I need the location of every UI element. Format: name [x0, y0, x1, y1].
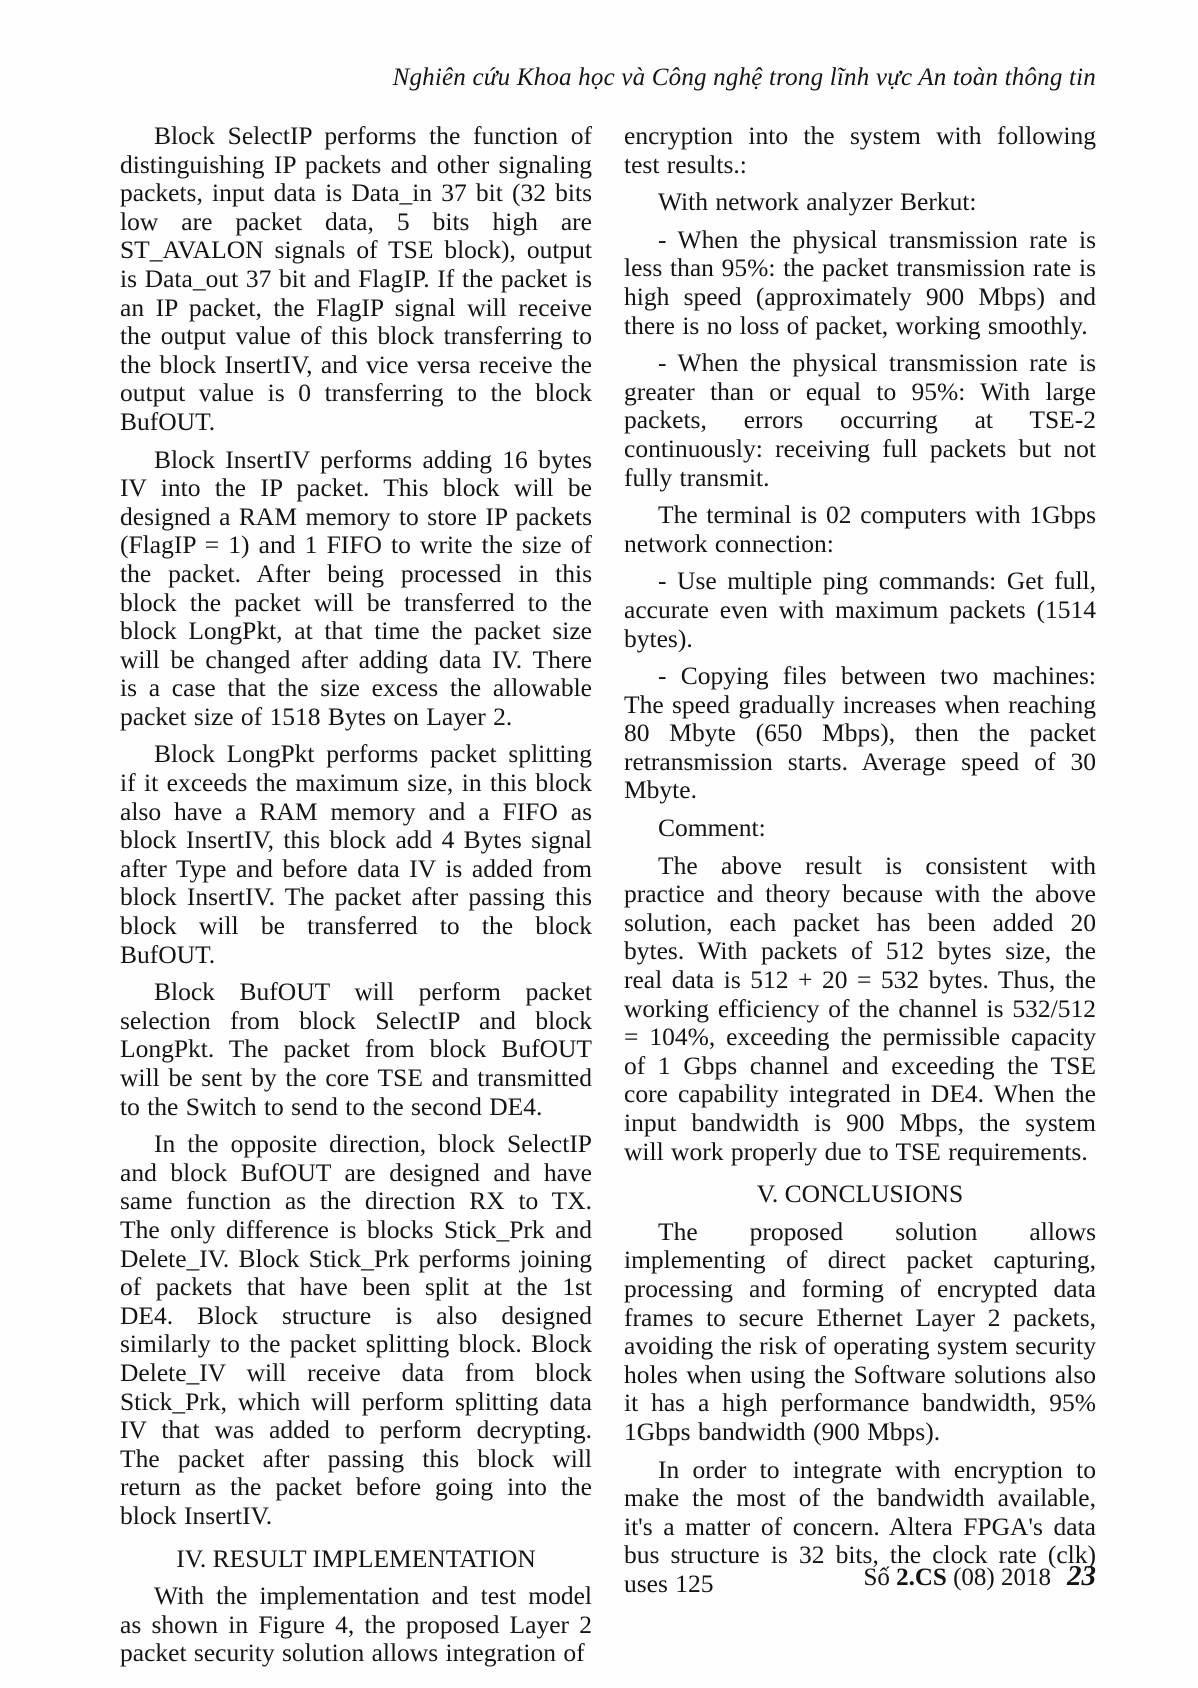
section-heading-conclusions: V. CONCLUSIONS: [624, 1180, 1096, 1209]
issue-number: 2.CS: [896, 1564, 947, 1591]
paragraph-rate-geq-95: - When the physical transmission rate is…: [624, 349, 1096, 492]
left-column: Block SelectIP performs the function of …: [120, 122, 592, 1677]
paragraph-ping-commands: - Use multiple ping commands: Get full, …: [624, 567, 1096, 653]
running-head: Nghiên cứu Khoa học và Công nghệ trong l…: [120, 64, 1096, 92]
paragraph-block-selectip: Block SelectIP performs the function of …: [120, 122, 592, 437]
page-footer: Số 2.CS (08) 201823: [863, 1560, 1096, 1593]
paragraph-comment-label: Comment:: [624, 814, 1096, 843]
paragraph-opposite-direction: In the opposite direction, block SelectI…: [120, 1130, 592, 1530]
two-column-body: Block SelectIP performs the function of …: [120, 122, 1096, 1677]
paragraph-implementation-intro: With the implementation and test model a…: [120, 1582, 592, 1668]
paragraph-block-insertiv: Block InsertIV performs adding 16 bytes …: [120, 446, 592, 732]
paragraph-rate-less-95: - When the physical transmission rate is…: [624, 226, 1096, 340]
paragraph-conclusions-solution: The proposed solution allows implementin…: [624, 1218, 1096, 1447]
paragraph-comment-body: The above result is consistent with prac…: [624, 852, 1096, 1167]
paper-page: Nghiên cứu Khoa học và Công nghệ trong l…: [0, 0, 1198, 1688]
section-heading-result-implementation: IV. RESULT IMPLEMENTATION: [120, 1545, 592, 1574]
issue-label-prefix: Số: [863, 1564, 896, 1591]
paragraph-encryption-results: encryption into the system with followin…: [624, 122, 1096, 179]
page-number: 23: [1067, 1560, 1096, 1592]
paragraph-terminal-computers: The terminal is 02 computers with 1Gbps …: [624, 501, 1096, 558]
right-column: encryption into the system with followin…: [624, 122, 1096, 1677]
paragraph-berkut-intro: With network analyzer Berkut:: [624, 188, 1096, 217]
paragraph-block-bufout: Block BufOUT will perform packet selecti…: [120, 978, 592, 1121]
paragraph-block-longpkt: Block LongPkt performs packet splitting …: [120, 740, 592, 969]
issue-label-suffix: (08) 2018: [947, 1564, 1051, 1591]
paragraph-copying-files: - Copying files between two machines: Th…: [624, 662, 1096, 805]
